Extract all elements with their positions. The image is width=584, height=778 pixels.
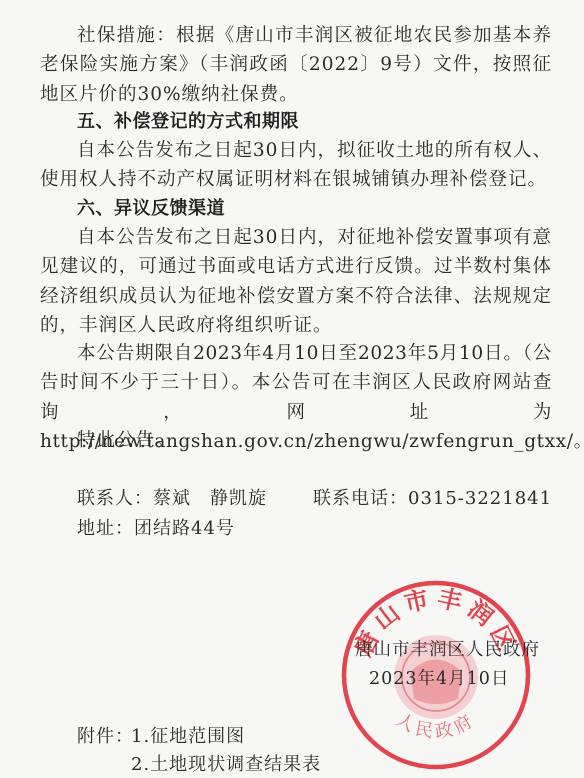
issue-date: 2023年4月10日 bbox=[369, 665, 509, 694]
section-6-paragraph: 自本公告发布之日起30日内，对征地补偿安置事项有意见建议的，可通过书面或电话方式… bbox=[40, 223, 552, 340]
attachments-label: 附件： bbox=[77, 722, 134, 751]
contact-phone-label: 联系电话： bbox=[313, 488, 408, 509]
contact-phone: 联系电话：0315-3221841 bbox=[313, 484, 552, 513]
attachment-item-2: 2.土地现状调查结果表 bbox=[131, 750, 321, 778]
contact-address-label: 地址： bbox=[77, 518, 134, 539]
contact-person-label: 联系人： bbox=[77, 488, 153, 509]
section-5-heading: 五、补偿登记的方式和期限 bbox=[77, 107, 299, 136]
issuer-name: 唐山市丰润区人民政府 bbox=[355, 636, 540, 665]
contact-person: 联系人：蔡斌 静凯旋 bbox=[77, 484, 267, 513]
closing-text: 特此公告。 bbox=[77, 426, 584, 455]
contact-person-names: 蔡斌 静凯旋 bbox=[153, 488, 267, 509]
attachment-item-1: 1.征地范围图 bbox=[131, 722, 245, 751]
section-5-paragraph: 自本公告发布之日起30日内，拟征收土地的所有权人、使用权人持不动产权属证明材料在… bbox=[40, 136, 552, 195]
social-security-paragraph: 社保措施：根据《唐山市丰润区被征地农民参加基本养老保险实施方案》（丰润政函〔20… bbox=[40, 21, 552, 109]
contact-phone-number: 0315-3221841 bbox=[408, 488, 552, 509]
section-6-heading: 六、异议反馈渠道 bbox=[77, 194, 225, 223]
document-page: 社保措施：根据《唐山市丰润区被征地农民参加基本养老保险实施方案》（丰润政函〔20… bbox=[0, 0, 584, 778]
contact-address: 地址：团结路44号 bbox=[77, 514, 235, 543]
contact-address-value: 团结路44号 bbox=[134, 518, 235, 539]
